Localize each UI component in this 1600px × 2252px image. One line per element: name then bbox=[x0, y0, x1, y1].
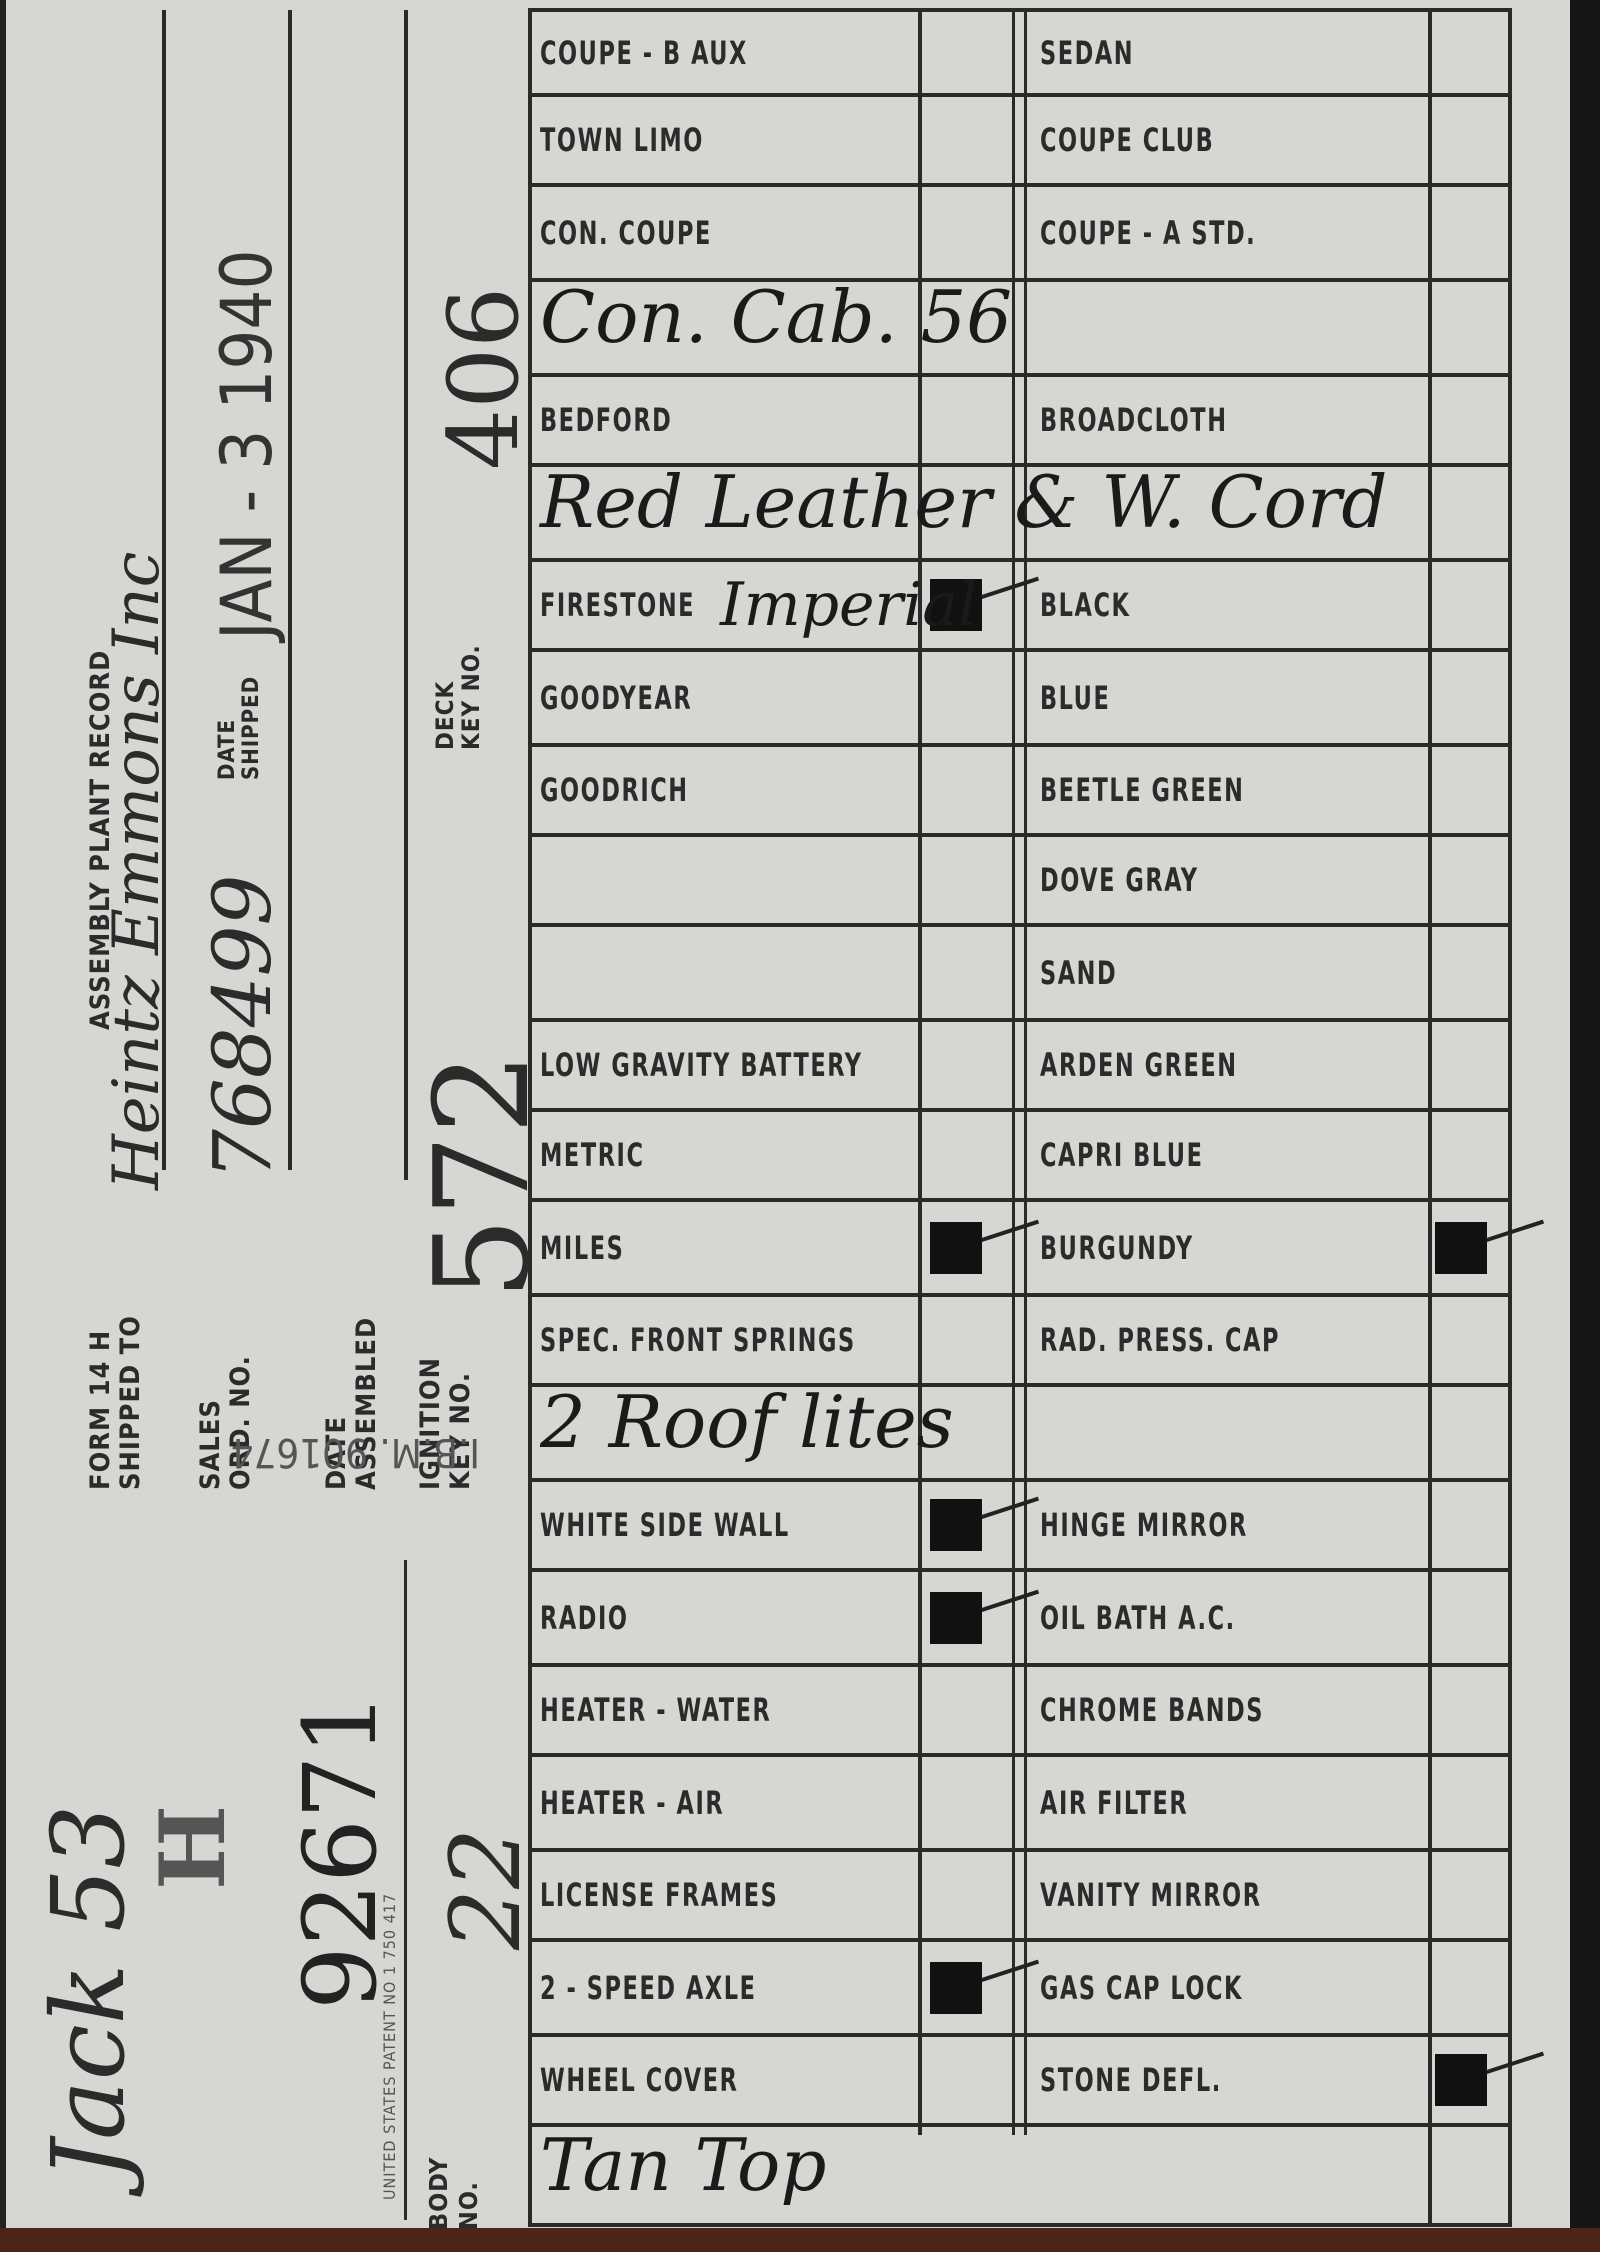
option-left-label: GOODYEAR bbox=[540, 679, 692, 717]
shipped-caption: SHIPPED bbox=[240, 676, 264, 780]
sales-caption: SALES bbox=[196, 1355, 226, 1490]
option-left-label: HEATER - AIR bbox=[540, 1784, 724, 1822]
table-right-rule bbox=[1508, 10, 1512, 2225]
handwritten-note: Con. Cab. 56 bbox=[540, 270, 1012, 365]
body-no-value: 22 bbox=[430, 1828, 542, 1950]
option-left: LOW GRAVITY BATTERY bbox=[540, 1020, 954, 1110]
table-col-rule-2a bbox=[1012, 10, 1015, 2135]
option-left: FIRESTONE bbox=[540, 560, 739, 650]
option-left: GOODYEAR bbox=[540, 650, 735, 745]
option-right-label: RAD. PRESS. CAP bbox=[1040, 1321, 1280, 1359]
shipped-to-caption: SHIPPED TO bbox=[116, 1315, 146, 1490]
date-caption: DATE bbox=[216, 676, 240, 780]
shipped-to-value: Heintz Emmons Inc bbox=[100, 551, 174, 1190]
option-left: HEATER - WATER bbox=[540, 1665, 837, 1755]
option-left-label: TOWN LIMO bbox=[540, 121, 704, 159]
option-right-label: BLACK bbox=[1040, 586, 1130, 624]
option-left: CON. COUPE bbox=[540, 185, 760, 280]
form-number: FORM 14 H bbox=[86, 1315, 116, 1490]
option-right: BROADCLOTH bbox=[1040, 375, 1280, 465]
sales-ord-value: 768499 bbox=[196, 875, 289, 1180]
option-right-label: COUPE - A STD. bbox=[1040, 214, 1256, 252]
left-checkbox-marked[interactable] bbox=[930, 1592, 982, 1644]
option-left-label: WHITE SIDE WALL bbox=[540, 1506, 790, 1544]
option-right: GAS CAP LOCK bbox=[1040, 1940, 1300, 2035]
option-right-label: SAND bbox=[1040, 954, 1117, 992]
option-right: DOVE GRAY bbox=[1040, 835, 1243, 925]
option-left-label: WHEEL COVER bbox=[540, 2061, 738, 2099]
right-checkbox-marked[interactable] bbox=[1435, 1222, 1487, 1274]
key-no-caption: KEY NO. bbox=[458, 644, 484, 750]
option-left: WHITE SIDE WALL bbox=[540, 1480, 860, 1570]
handwritten-note: Tan Top bbox=[540, 2115, 827, 2215]
photo-right-edge bbox=[1570, 0, 1600, 2252]
option-left-label: BEDFORD bbox=[540, 401, 672, 439]
handwritten-annotation: Imperial bbox=[720, 570, 977, 640]
option-right-label: AIR FILTER bbox=[1040, 1784, 1188, 1822]
date-assembled-value: Jack 53 bbox=[30, 1805, 147, 2180]
option-left-label: SPEC. FRONT SPRINGS bbox=[540, 1321, 856, 1359]
option-left: METRIC bbox=[540, 1110, 674, 1200]
option-right: CAPRI BLUE bbox=[1040, 1110, 1250, 1200]
option-right: ARDEN GREEN bbox=[1040, 1020, 1293, 1110]
option-right-label: HINGE MIRROR bbox=[1040, 1506, 1248, 1544]
option-right: SAND bbox=[1040, 925, 1139, 1020]
option-right-label: CAPRI BLUE bbox=[1040, 1136, 1203, 1174]
option-left-label: LOW GRAVITY BATTERY bbox=[540, 1046, 863, 1084]
option-right-label: SEDAN bbox=[1040, 34, 1134, 72]
patent-text: UNITED STATES PATENT NO 1 750 417 bbox=[380, 1893, 399, 2200]
option-right: BEETLE GREEN bbox=[1040, 745, 1302, 835]
option-left-label: COUPE - B AUX bbox=[540, 34, 748, 72]
option-right-label: GAS CAP LOCK bbox=[1040, 1969, 1243, 2007]
body-no-label: BODY NO. bbox=[424, 2157, 484, 2230]
option-left: WHEEL COVER bbox=[540, 2035, 794, 2125]
deck-key-label: DECK KEY NO. bbox=[432, 644, 484, 750]
option-right: HINGE MIRROR bbox=[1040, 1480, 1307, 1570]
table-col-rule-3 bbox=[1428, 10, 1432, 2225]
option-left-label: GOODRICH bbox=[540, 771, 689, 809]
shipped-to-label: FORM 14 H SHIPPED TO bbox=[86, 1315, 146, 1490]
plant-code: H bbox=[140, 1805, 246, 1890]
option-left-label: LICENSE FRAMES bbox=[540, 1876, 778, 1914]
option-right: CHROME BANDS bbox=[1040, 1665, 1327, 1755]
table-row-rule bbox=[528, 923, 1512, 927]
table-row-rule bbox=[528, 2223, 1512, 2227]
option-right-label: DOVE GRAY bbox=[1040, 861, 1199, 899]
option-left-label: 2 - SPEED AXLE bbox=[540, 1969, 757, 2007]
rule-date-assembled bbox=[404, 10, 408, 1180]
body-caption: BODY bbox=[424, 2157, 454, 2230]
option-right: RAD. PRESS. CAP bbox=[1040, 1295, 1348, 1385]
right-checkbox-marked[interactable] bbox=[1435, 2054, 1487, 2106]
option-left: LICENSE FRAMES bbox=[540, 1850, 846, 1940]
option-right-label: ARDEN GREEN bbox=[1040, 1046, 1238, 1084]
option-right-label: BLUE bbox=[1040, 679, 1110, 717]
left-checkbox-marked[interactable] bbox=[930, 1222, 982, 1274]
date-shipped-label: DATE SHIPPED bbox=[216, 676, 264, 780]
option-left: 2 - SPEED AXLE bbox=[540, 1940, 818, 2035]
photo-bottom-edge bbox=[0, 2228, 1600, 2252]
deck-key-value: 406 bbox=[428, 287, 540, 470]
deck-caption: DECK bbox=[432, 644, 458, 750]
no-caption: NO. bbox=[454, 2157, 484, 2230]
option-left: BEDFORD bbox=[540, 375, 710, 465]
option-left: SPEC. FRONT SPRINGS bbox=[540, 1295, 945, 1385]
option-right-label: BEETLE GREEN bbox=[1040, 771, 1245, 809]
option-right-label: COUPE CLUB bbox=[1040, 121, 1214, 159]
option-left: RADIO bbox=[540, 1570, 654, 1665]
handwritten-note: Red Leather & W. Cord bbox=[540, 455, 1387, 550]
option-left-label: HEATER - WATER bbox=[540, 1691, 771, 1729]
option-right-label: CHROME BANDS bbox=[1040, 1691, 1264, 1729]
left-checkbox-marked[interactable] bbox=[930, 1962, 982, 2014]
printer-mark: I.B.M. 901674 bbox=[231, 1429, 480, 1475]
option-left: COUPE - B AUX bbox=[540, 10, 807, 95]
option-right-label: OIL BATH A.C. bbox=[1040, 1599, 1236, 1637]
option-right: VANITY MIRROR bbox=[1040, 1850, 1324, 1940]
option-left: TOWN LIMO bbox=[540, 95, 750, 185]
option-right: BURGUNDY bbox=[1040, 1200, 1237, 1295]
option-left-label: RADIO bbox=[540, 1599, 629, 1637]
option-right: COUPE - A STD. bbox=[1040, 185, 1317, 280]
option-left: HEATER - AIR bbox=[540, 1755, 776, 1850]
ignition-key-value: 572 bbox=[406, 1052, 558, 1300]
option-right: OIL BATH A.C. bbox=[1040, 1570, 1291, 1665]
option-right-label: STONE DEFL. bbox=[1040, 2061, 1222, 2099]
left-checkbox-marked[interactable] bbox=[930, 1499, 982, 1551]
option-right: BLACK bbox=[1040, 560, 1156, 650]
date-shipped-value: JAN - 3 1940 bbox=[206, 249, 288, 640]
table-row-rule bbox=[528, 1198, 1512, 1202]
option-left: GOODRICH bbox=[540, 745, 731, 835]
option-right: COUPE CLUB bbox=[1040, 95, 1263, 185]
option-right: AIR FILTER bbox=[1040, 1755, 1230, 1850]
option-right: BLUE bbox=[1040, 650, 1130, 745]
option-left-label: CON. COUPE bbox=[540, 214, 712, 252]
rule-patent bbox=[404, 1560, 407, 2220]
option-right-label: VANITY MIRROR bbox=[1040, 1876, 1262, 1914]
option-right-label: BURGUNDY bbox=[1040, 1229, 1194, 1267]
handwritten-note: 2 Roof lites bbox=[540, 1375, 954, 1470]
option-left-label: FIRESTONE bbox=[540, 586, 695, 624]
option-right: STONE DEFL. bbox=[1040, 2035, 1273, 2125]
option-right: SEDAN bbox=[1040, 10, 1161, 95]
option-right-label: BROADCLOTH bbox=[1040, 401, 1228, 439]
table-col-rule-2b bbox=[1024, 10, 1027, 2135]
